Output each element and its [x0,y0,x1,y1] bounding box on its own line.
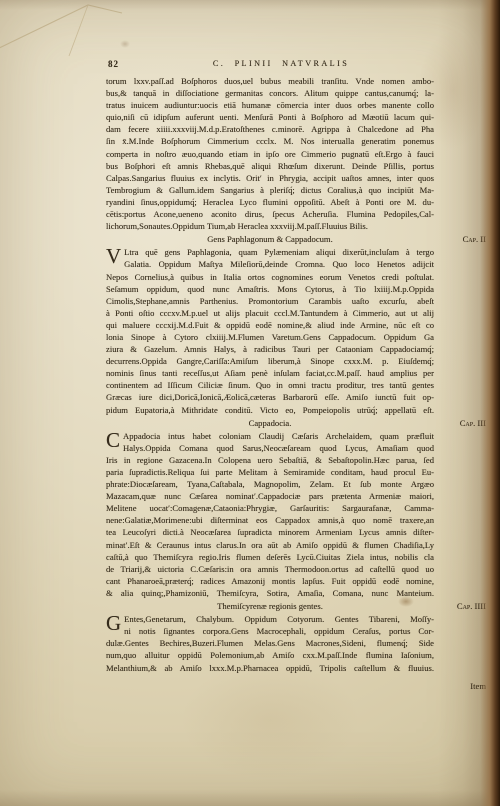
text-line: ni notis ſignantes corpora.Gens Macrocep… [106,625,434,637]
text-line: Melitene uocatʹ:Comagenæ,Cataonia:Phrygi… [106,502,434,514]
text-line: de Triarij,& uictoria C.Cæſaris:in ora a… [106,563,434,575]
section-heading: Cappadocia. Cap. III [106,417,434,429]
text-line: tea Leucoſyri dicti.à Neocæſarea ſupradi… [106,526,434,538]
running-title: C. PLINII NATVRALIS [106,58,434,70]
text-line: Cimolis,Stephane,amnis Parthenius. Promo… [106,295,434,307]
text-line: Tembrogium & Gallum.idem Sangarius à ple… [106,184,434,196]
text-line: nene:Galatiæ,Morimene:ubi diſterminat eo… [106,514,434,526]
paragraph: G Entes,Genetarum, Chalybum. Oppidum Cot… [106,613,434,673]
paragraph-lines: Ltra quē gens Paphlagonia, quam Pylæmeni… [106,246,434,415]
chapter-label: Cap. III [460,417,486,429]
text-line: Melanthium,& ab Amiſo lxxx.M.p.Pharnacea… [106,662,434,674]
chapter-label: Cap. II [463,233,486,245]
text-line: pidum Eupatoria,à Mithridate conditū. Vi… [106,404,434,416]
text-line: Calpas.Sangarius fluuius ex inclytis. Or… [106,172,434,184]
text-line: Galatia. Oppidum Maſtya Mileſiorū,deinde… [106,258,434,270]
section-title: Gens Paphlagonum & Cappadocum. [207,234,333,244]
text-line: ſin x̄.M.Inde Boſphorum Cimmerium ccclx.… [106,135,434,147]
text-line: Nepos Cornelius,à quibus in Italia ortos… [106,271,434,283]
text-line: cant Phanaroeā,præterq́; radices Amazoni… [106,575,434,587]
text-line: qui maluere cccxij.M.d.Fuit & oppidū eod… [106,319,434,331]
text-column: 82 C. PLINII NATVRALIS torum lxxv.paſſ.a… [106,57,434,692]
paragraph: C Appadocia intus habet coloniam Claudij… [106,430,434,599]
drop-cap: G [106,614,121,636]
text-line: Halys.Oppida Comana quod Sarus,Neocæſare… [106,442,434,454]
text-line: Seſamum oppidum, quod nunc Amaſtris. Mon… [106,283,434,295]
paragraph-continuation: torum lxxv.paſſ.ad Boſphoros duos,uel bu… [106,75,434,232]
text-line: comperta in noſtro æuo,quando etiam in i… [106,148,434,160]
paragraph-lines: Appadocia intus habet coloniam Claudij C… [106,430,434,599]
text-line: lichorum,Sonautes.Oppidum Tium,ab Heracl… [106,220,434,232]
page-header: 82 C. PLINII NATVRALIS [106,57,434,72]
text-line: Græcas iure dici,Doricā,Ionicā,Æolicā,cæ… [106,391,434,403]
text-line: & alia quinq;,Phamizoniū, Themiſcyra, So… [106,587,434,599]
scanned-book-page: 82 C. PLINII NATVRALIS torum lxxv.paſſ.a… [0,0,500,806]
text-line: Iris in regione Gazacena.In Colopena uer… [106,454,434,466]
paragraph-lines: Entes,Genetarum, Chalybum. Oppidum Cotyo… [106,613,434,673]
text-line: phrate:Diocæſaream, Tyana,Caſtabala, Mag… [106,478,434,490]
catchword-text: Item [470,681,486,691]
text-line: torum lxxv.paſſ.ad Boſphoros duos,uel bu… [106,75,434,87]
text-line: num,quo alluitur oppidū Polemonium,ab Am… [106,649,434,661]
text-line: quio,niſi cū idipſum auferunt uenti. Men… [106,111,434,123]
drop-cap: V [106,247,121,269]
text-line: caſtū,à quo Themiſcyra regio.Iris flumen… [106,551,434,563]
text-line: continentem ad Iſſicum Ciliciæ ſinum. Qu… [106,379,434,391]
text-line: ryandini ſinus,oppidumq́; Heraclea Lyco … [106,196,434,208]
section-title: Cappadocia. [249,418,292,428]
section-heading: Gens Paphlagonum & Cappadocum. Cap. II [106,233,434,245]
drop-cap: C [106,431,120,453]
text-line: bus Boſphori eſt amnis Rhebas,quē aliqui… [106,160,434,172]
text-line: paria ſupradictis.Reliqua ſui parte Meli… [106,466,434,478]
text-line: tratus inuicem audiuntur:uocis etiā huma… [106,99,434,111]
text-line: Ltra quē gens Paphlagonia, quam Pylæmeni… [106,246,434,258]
text-line: ziura & Gazelum. Amnis Halys, à radicibu… [106,343,434,355]
catchword: Item [106,680,486,692]
text-line: bus,& tanquā in diſſociatione germanitas… [106,87,434,99]
text-line: Entes,Genetarum, Chalybum. Oppidum Cotyo… [106,613,434,625]
text-line: minatʹ.Eſt & Ceraunus intus clarus.In or… [106,539,434,551]
text-line: lonia Sinope à Cytoro clxiiij.M.Flumen V… [106,331,434,343]
paragraph: V Ltra quē gens Paphlagonia, quam Pylæme… [106,246,434,415]
section-title: Themiſcyrenæ regionis gentes. [217,601,323,611]
text-line: dulæ.Gentes Bechires,Buzeri.Flumen Melas… [106,637,434,649]
text-line: à Ponti oſtio cccxv.M.p.uel ut alijs pla… [106,307,434,319]
page-edge-bottom [0,790,500,806]
page-edge-top [0,0,500,10]
text-line: Appadocia intus habet coloniam Claudij C… [106,430,434,442]
text-line: Mazacam,quæ nunc Cæſarea nominatʹ.Cappad… [106,490,434,502]
chapter-label: Cap. IIII [457,600,486,612]
text-line: nominis ſinus tanti receſſus,ut Aſiam pe… [106,367,434,379]
text-line: dam fecere xiiii.xxxviij.M.d.p.Eratoſthe… [106,123,434,135]
text-line: decurrens.Oppida Gangre,Cariſſa:Amiſum l… [106,355,434,367]
section-heading: Themiſcyrenæ regionis gentes. Cap. IIII [106,600,434,612]
paper-stain [120,40,130,48]
text-line: cētis:portus Acone,ueneno aconito dirus,… [106,208,434,220]
